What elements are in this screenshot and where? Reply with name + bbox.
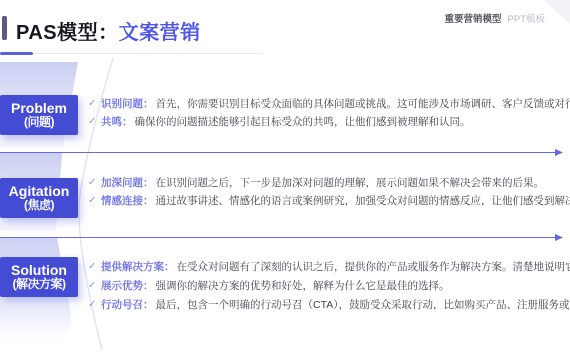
stage-arrow-2 xyxy=(0,232,570,244)
stage-name-cn: (焦虑) xyxy=(24,199,54,213)
title-prefix: PAS模型： xyxy=(16,22,119,44)
bullet-text: 最后，包含一个明确的行动号召（CTA），鼓励受众采取行动，比如购买产品、注册服务… xyxy=(156,297,570,312)
corner-fold-decoration xyxy=(544,0,570,24)
stage-box-agitation: Agitation (焦虑) xyxy=(0,178,78,218)
bullet-label: 展示优势： xyxy=(101,278,154,293)
check-icon: ✓ xyxy=(88,195,101,206)
bullet-item: ✓ 情感连接： 通过故事讲述、情感化的语言或案例研究，加强受众对问题的情感反应，… xyxy=(88,192,570,210)
title-accent-bar xyxy=(2,16,7,40)
stage-box-solution: Solution (解决方案) xyxy=(0,257,78,297)
bullet-label: 情感连接： xyxy=(101,193,154,208)
check-icon: ✓ xyxy=(88,280,101,291)
bullet-text: 在识别问题之后，下一步是加深对问题的理解，展示问题如果不解决会带来的后果。 xyxy=(156,175,545,190)
pas-model-slide: PAS模型：文案营销 重要营销模型PPT模板 Problem (问题) ✓ 识别… xyxy=(0,0,570,360)
stage-bullets-problem: ✓ 识别问题： 首先，你需要识别目标受众面临的具体问题或挑战。这可能涉及市场调研… xyxy=(88,95,570,130)
bullet-label: 共鸣： xyxy=(101,114,133,129)
check-icon: ✓ xyxy=(88,116,101,127)
stage-name-cn: (问题) xyxy=(24,116,54,130)
underline-purple xyxy=(0,52,33,55)
underline-gray xyxy=(33,53,262,54)
corner-note-primary: 重要营销模型 xyxy=(445,14,502,25)
bullet-text: 强调你的解决方案的优势和好处，解释为什么它是最佳的选择。 xyxy=(156,278,450,293)
stage-name-en: Agitation xyxy=(9,183,70,199)
bullet-item: ✓ 加深问题： 在识别问题之后，下一步是加深对问题的理解，展示问题如果不解决会带… xyxy=(88,174,570,192)
title-underline xyxy=(0,52,262,56)
bullet-text: 首先，你需要识别目标受众面临的具体问题或挑战。这可能涉及市场调研、客户反馈或对行… xyxy=(156,96,570,111)
corner-note: 重要营销模型PPT模板 xyxy=(445,11,546,25)
stage-name-en: Solution xyxy=(11,262,67,278)
bullet-label: 行动号召： xyxy=(101,297,154,312)
bullet-text: 在受众对问题有了深刻的认识之后，提供你的产品或服务作为解决方案。清楚地说明它如何… xyxy=(177,259,570,274)
stage-bullets-agitation: ✓ 加深问题： 在识别问题之后，下一步是加深对问题的理解，展示问题如果不解决会带… xyxy=(88,174,570,209)
title-accent: 文案营销 xyxy=(119,22,201,44)
bullet-label: 识别问题： xyxy=(101,96,154,111)
bullet-item: ✓ 识别问题： 首先，你需要识别目标受众面临的具体问题或挑战。这可能涉及市场调研… xyxy=(88,95,570,113)
corner-note-secondary: PPT模板 xyxy=(508,14,545,25)
bullet-item: ✓ 共鸣： 确保你的问题描述能够引起目标受众的共鸣，让他们感到被理解和认同。 xyxy=(88,113,570,131)
stage-box-problem: Problem (问题) xyxy=(0,95,78,135)
stage-arrow-1 xyxy=(0,147,570,159)
stage-name-en: Problem xyxy=(11,100,67,116)
stage-name-cn: (解决方案) xyxy=(13,278,66,292)
bullet-item: ✓ 行动号召： 最后，包含一个明确的行动号召（CTA），鼓励受众采取行动，比如购… xyxy=(88,295,570,314)
check-icon: ✓ xyxy=(88,299,101,310)
bullet-item: ✓ 提供解决方案： 在受众对问题有了深刻的认识之后，提供你的产品或服务作为解决方… xyxy=(88,257,570,276)
bullet-item: ✓ 展示优势： 强调你的解决方案的优势和好处，解释为什么它是最佳的选择。 xyxy=(88,276,570,295)
bullet-text: 通过故事讲述、情感化的语言或案例研究，加强受众对问题的情感反应，让他们感受到解决… xyxy=(156,193,570,208)
check-icon: ✓ xyxy=(88,261,101,272)
page-title: PAS模型：文案营销 xyxy=(16,16,201,45)
check-icon: ✓ xyxy=(88,177,101,188)
stage-bullets-solution: ✓ 提供解决方案： 在受众对问题有了深刻的认识之后，提供你的产品或服务作为解决方… xyxy=(88,257,570,314)
bullet-label: 加深问题： xyxy=(101,175,154,190)
check-icon: ✓ xyxy=(88,98,101,109)
bullet-label: 提供解决方案： xyxy=(101,259,175,274)
bullet-text: 确保你的问题描述能够引起目标受众的共鸣，让他们感到被理解和认同。 xyxy=(135,114,471,129)
